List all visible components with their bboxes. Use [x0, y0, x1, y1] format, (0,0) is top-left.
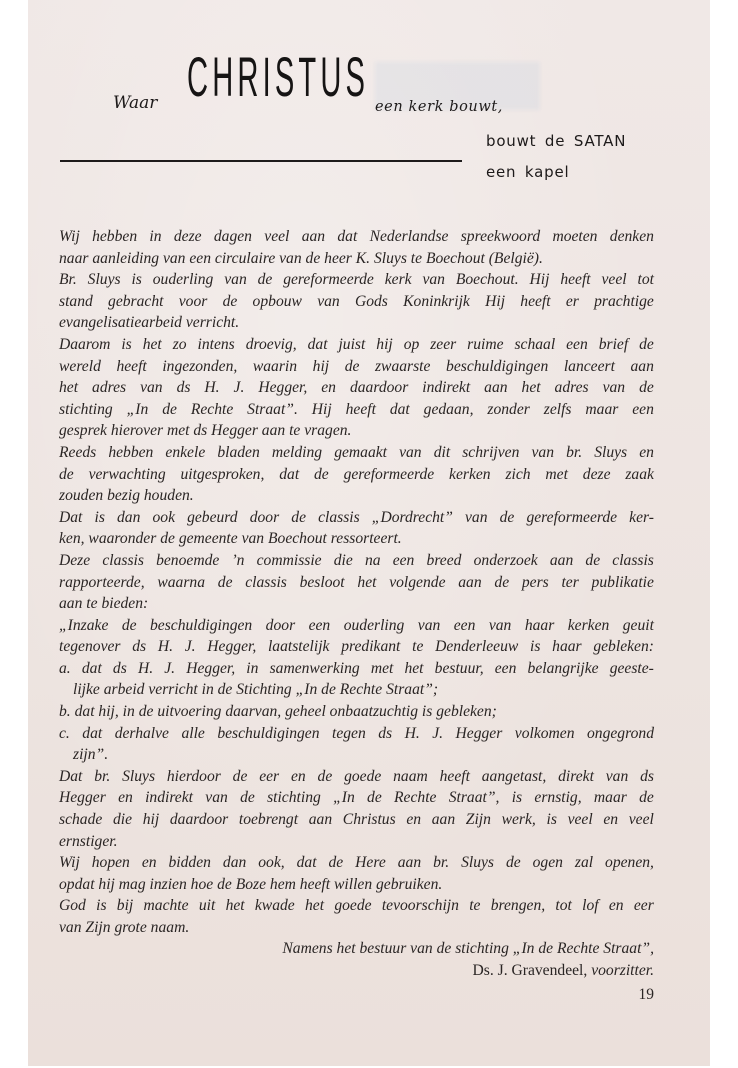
body-line: Godisbijmachteuithetkwadehetgoedetevoors… [59, 895, 654, 917]
signature-block: Namens het bestuur van de stichting „In … [59, 938, 654, 981]
body-line: van Zijn grote naam. [59, 917, 654, 939]
body-line: Datbr.Sluyshierdoordeeerendegoedenaamhee… [59, 766, 654, 788]
body-line: „Inzakedebeschuldigingendooreenouderling… [59, 615, 654, 637]
body-line: WijhebbenindezedagenveelaandatNederlands… [59, 226, 654, 248]
body-line: Daaromishetzointensdroevig,datjuisthijop… [59, 334, 654, 356]
body-line: opdat hij mag inzien hoe de Boze hem hee… [59, 874, 654, 896]
headline-satan: bouwt de SATAN [486, 132, 626, 150]
body-line: aan te bieden: [59, 593, 654, 615]
headline-waar: Waar [113, 93, 157, 113]
page-number: 19 [639, 986, 655, 1004]
body-line: c.datderhalveallebeschuldigingentegendsH… [59, 723, 654, 745]
body-line: Reedshebbenenkelebladenmeldinggemaaktvan… [59, 442, 654, 464]
body-line: Br.Sluysisouderlingvandegereformeerdeker… [59, 269, 654, 291]
body-line: Heggerenindirektvandestichting„IndeRecht… [59, 787, 654, 809]
body-line: zouden bezig houden. [59, 485, 654, 507]
headline-kerk: een kerk bouwt, [375, 99, 503, 115]
signature-name: Ds. J. Gravendeel, [473, 962, 588, 979]
body-line: deverwachtinguitgesproken,datdegereforme… [59, 464, 654, 486]
body-line: naar aanleiding van een circulaire van d… [59, 248, 654, 270]
body-line: rapporteerde,waarnadeclassisbesloothetvo… [59, 572, 654, 594]
body-line: wereldheeftingezonden,waarinhijdezwaarst… [59, 356, 654, 378]
headline-kapel: een kapel [486, 163, 569, 181]
signature-name-line: Ds. J. Gravendeel, voorzitter. [59, 960, 654, 982]
body-line: ken, waaronder de gemeente van Boechout … [59, 528, 654, 550]
body-line: hetadresvandsH.J.Hegger,endaardoorindire… [59, 377, 654, 399]
body-line: evangelisatiearbeid verricht. [59, 312, 654, 334]
body-line: Dezeclassisbenoemde’ncommissiedienaeenbr… [59, 550, 654, 572]
signature-role: voorzitter. [591, 962, 654, 979]
body-line: gesprek hierover met ds Hegger aan te vr… [59, 420, 654, 442]
horizontal-rule [60, 160, 462, 162]
body-line: standgebrachtvoordeopbouwvanGodsKoninkri… [59, 291, 654, 313]
headline-christus: CHRISTUS [187, 49, 369, 105]
body-line: a.datdsH.J.Hegger,insamenwerkingmethetbe… [59, 658, 654, 680]
body-line: Datisdanookgebeurddoordeclassis„Dordrech… [59, 507, 654, 529]
body-line: Wijhopenenbiddendanook,datdeHereaanbr.Sl… [59, 852, 654, 874]
body-line: schadediehijdaardoortoebrengtaanChristus… [59, 809, 654, 831]
signature-line: Namens het bestuur van de stichting „In … [59, 938, 654, 960]
body-line: tegenoverdsH.J.Hegger,laatstelijkpredika… [59, 636, 654, 658]
article-body: WijhebbenindezedagenveelaandatNederlands… [59, 226, 654, 939]
body-line: stichting„IndeRechteStraat”.Hijheeftdatg… [59, 399, 654, 421]
body-line: lijke arbeid verricht in de Stichting „I… [59, 679, 654, 701]
body-line: b. dat hij, in de uitvoering daarvan, ge… [59, 701, 654, 723]
body-line: zijn”. [59, 744, 654, 766]
body-line: ernstiger. [59, 831, 654, 853]
